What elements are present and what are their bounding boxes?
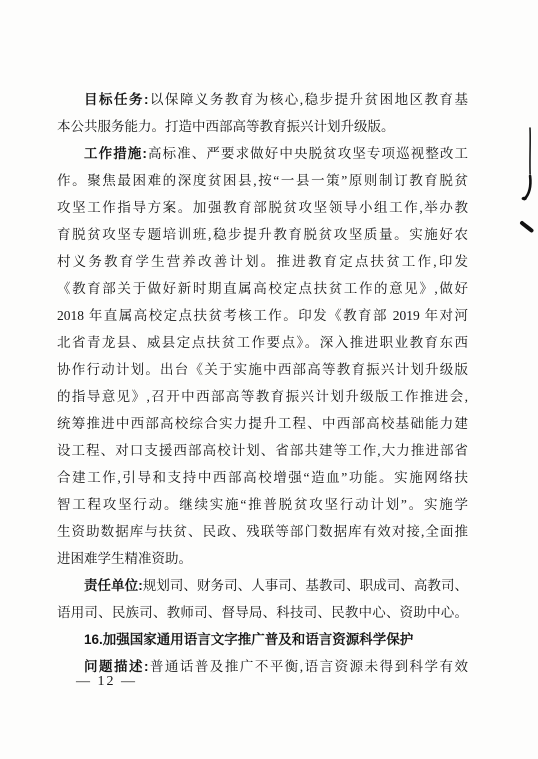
text-line: 进困难学生精准资助。 xyxy=(57,545,468,572)
run-text: 育脱贫攻坚专题培训班,稳步提升教育脱贫攻坚质量。实施好农 xyxy=(57,227,468,242)
text-line: 语用司、民族司、教师司、督导局、科技司、民教中心、资助中心。 xyxy=(57,599,468,626)
run-text: 智工程攻坚行动。继续实施“推普脱贫攻坚行动计划”。实施学 xyxy=(57,497,468,512)
text-line: 工作措施:高标准、严要求做好中央脱贫攻坚专项巡视整改工 xyxy=(57,140,468,167)
text-line: 协作行动计划。出台《关于实施中西部高等教育振兴计划升级版 xyxy=(57,356,468,383)
run-text: 《教育部关于做好新时期直属高校定点扶贫工作的意见》,做好 xyxy=(57,281,468,296)
run-text: 高标准、严要求做好中央脱贫攻坚专项巡视整改工 xyxy=(147,146,468,161)
run-text: 生资助数据库与扶贫、民政、残联等部门数据库有效对接,全面推 xyxy=(57,524,468,539)
run-text: 村义务教育学生营养改善计划。推进教育定点扶贫工作,印发 xyxy=(57,254,468,269)
body-text-block: 目标任务:以保障义务教育为核心,稳步提升贫困地区教育基 本公共服务能力。打造中西… xyxy=(57,86,468,680)
run-text: 规划司、财务司、人事司、基教司、职成司、高教司、 xyxy=(143,578,468,593)
text-line: 合建工作,引导和支持中西部高校增强“造血”功能。实施网络扶 xyxy=(57,464,468,491)
text-line: 作。聚焦最困难的深度贫困县,按“一县一策”原则制订教育脱贫 xyxy=(57,167,468,194)
text-line: 村义务教育学生营养改善计划。推进教育定点扶贫工作,印发 xyxy=(57,248,468,275)
run-text: 协作行动计划。出台《关于实施中西部高等教育振兴计划升级版 xyxy=(57,362,468,377)
text-line: 攻坚工作指导方案。加强教育部脱贫攻坚领导小组工作,举办教 xyxy=(57,194,468,221)
run-label: 责任单位: xyxy=(84,578,143,593)
run-text: 语用司、民族司、教师司、督导局、科技司、民教中心、资助中心。 xyxy=(57,605,468,620)
text-line: 2018 年直属高校定点扶贫考核工作。印发《教育部 2019 年对河 xyxy=(57,302,468,329)
text-line: 责任单位:规划司、财务司、人事司、基教司、职成司、高教司、 xyxy=(57,572,468,599)
run-text: 本公共服务能力。打造中西部高等教育振兴计划升级版。 xyxy=(57,119,395,134)
text-line: 本公共服务能力。打造中西部高等教育振兴计划升级版。 xyxy=(57,113,468,140)
run-label: 目标任务: xyxy=(84,92,148,107)
run-text: 的指导意见》,召开中西部高等教育振兴计划升级版工作推进会, xyxy=(57,389,468,404)
text-line: 的指导意见》,召开中西部高等教育振兴计划升级版工作推进会, xyxy=(57,383,468,410)
run-text: 攻坚工作指导方案。加强教育部脱贫攻坚领导小组工作,举办教 xyxy=(57,200,468,215)
run-text: 北省青龙县、威县定点扶贫工作要点》。深入推进职业教育东西 xyxy=(57,335,468,350)
page-number: — 12 — xyxy=(76,672,137,692)
text-line: 北省青龙县、威县定点扶贫工作要点》。深入推进职业教育东西 xyxy=(57,329,468,356)
text-line: 目标任务:以保障义务教育为核心,稳步提升贫困地区教育基 xyxy=(57,86,468,113)
scan-artifact-marks xyxy=(516,126,538,238)
text-line: 生资助数据库与扶贫、民政、残联等部门数据库有效对接,全面推 xyxy=(57,518,468,545)
run-text: 统筹推进中西部高校综合实力提升工程、中西部高校基础能力建 xyxy=(57,416,468,431)
run-text: 设工程、对口支援西部高校计划、省部共建等工作,大力推进部省 xyxy=(57,443,468,458)
text-line: 育脱贫攻坚专题培训班,稳步提升教育脱贫攻坚质量。实施好农 xyxy=(57,221,468,248)
text-line: 智工程攻坚行动。继续实施“推普脱贫攻坚行动计划”。实施学 xyxy=(57,491,468,518)
run-text: 进困难学生精准资助。 xyxy=(57,551,192,566)
text-line: 统筹推进中西部高校综合实力提升工程、中西部高校基础能力建 xyxy=(57,410,468,437)
run-text: 普通话普及推广不平衡,语言资源未得到科学有效 xyxy=(148,659,468,674)
section-heading: 16.加强国家通用语言文字推广普及和语言资源科学保护 xyxy=(57,626,468,653)
run-text: 作。聚焦最困难的深度贫困县,按“一县一策”原则制订教育脱贫 xyxy=(57,173,468,188)
run-label: 工作措施: xyxy=(84,146,147,161)
text-line: 设工程、对口支援西部高校计划、省部共建等工作,大力推进部省 xyxy=(57,437,468,464)
document-page: 目标任务:以保障义务教育为核心,稳步提升贫困地区教育基 本公共服务能力。打造中西… xyxy=(0,0,538,759)
text-line: 《教育部关于做好新时期直属高校定点扶贫工作的意见》,做好 xyxy=(57,275,468,302)
run-label: 16.加强国家通用语言文字推广普及和语言资源科学保护 xyxy=(84,632,413,647)
run-text: 合建工作,引导和支持中西部高校增强“造血”功能。实施网络扶 xyxy=(57,470,468,485)
run-text: 以保障义务教育为核心,稳步提升贫困地区教育基 xyxy=(148,92,468,107)
run-text: 2018 年直属高校定点扶贫考核工作。印发《教育部 2019 年对河 xyxy=(57,308,468,323)
